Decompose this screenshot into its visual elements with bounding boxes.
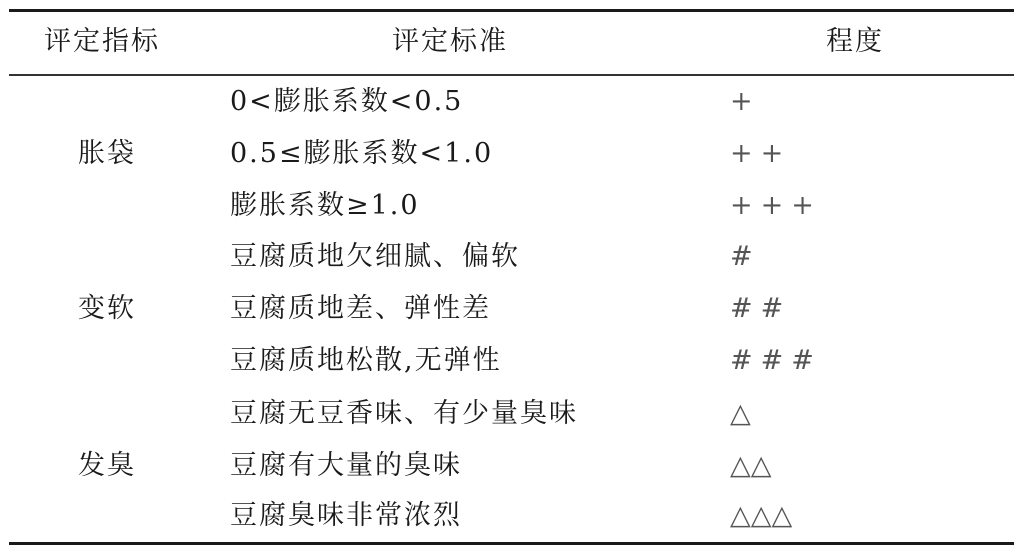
degree-cell: + (730, 86, 761, 118)
degree-cell: ### (730, 345, 822, 377)
criterion-cell: 豆腐质地差、弹性差 (230, 293, 491, 325)
bottom-rule (9, 542, 1014, 545)
indicator-swelling: 胀袋 (78, 138, 136, 170)
degree-cell: ++ (730, 138, 791, 170)
degree-cell: △△△ (730, 500, 792, 532)
degree-cell: △△ (730, 450, 772, 482)
criterion-cell: 0<膨胀系数<0.5 (230, 86, 463, 118)
degree-cell: △ (730, 398, 751, 430)
header-degree: 程度 (826, 26, 884, 58)
header-criterion: 评定标准 (392, 26, 508, 58)
criterion-cell: 豆腐臭味非常浓烈 (230, 500, 462, 532)
criterion-cell: 膨胀系数≥1.0 (230, 190, 420, 222)
criterion-cell: 豆腐有大量的臭味 (230, 450, 462, 482)
criterion-cell: 豆腐质地欠细腻、偏软 (230, 241, 520, 273)
indicator-odor: 发臭 (78, 450, 136, 482)
criterion-cell: 豆腐质地松散,无弹性 (230, 345, 502, 377)
header-indicator: 评定指标 (44, 26, 160, 58)
criterion-cell: 0.5≤膨胀系数<1.0 (230, 138, 493, 170)
degree-cell: ## (730, 293, 791, 325)
header-rule (9, 74, 1014, 76)
criterion-cell: 豆腐无豆香味、有少量臭味 (230, 398, 578, 430)
top-rule (9, 9, 1014, 12)
degree-cell: +++ (730, 190, 822, 222)
degree-cell: # (730, 241, 761, 273)
indicator-softening: 变软 (78, 293, 136, 325)
